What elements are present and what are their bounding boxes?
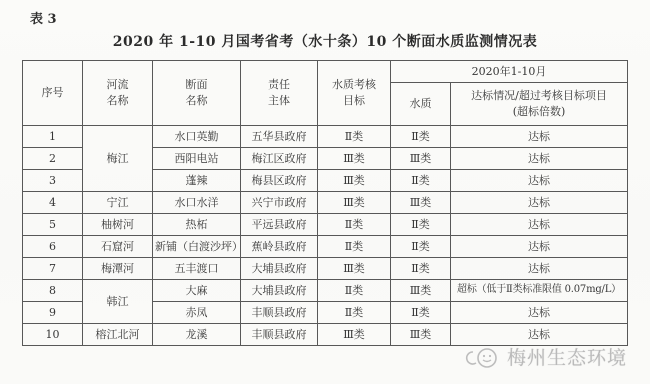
cell-river: 石窟河 [83, 236, 153, 258]
cell-quality: Ⅱ类 [391, 258, 451, 280]
cell-target: Ⅲ类 [318, 258, 391, 280]
cell-quality: Ⅲ类 [391, 280, 451, 302]
cell-target: Ⅱ类 [318, 126, 391, 148]
cell-quality: Ⅱ类 [391, 236, 451, 258]
table-row: 5 柚树河 热柘 平远县政府 Ⅱ类 Ⅱ类 达标 [23, 214, 628, 236]
cell-no: 10 [23, 324, 83, 346]
page-title: 2020 年 1-10 月国考省考（水十条）10 个断面水质监测情况表 [0, 31, 650, 51]
cell-target: Ⅲ类 [318, 170, 391, 192]
cell-quality: Ⅱ类 [391, 302, 451, 324]
cell-target: Ⅱ类 [318, 214, 391, 236]
cell-no: 7 [23, 258, 83, 280]
cell-no: 1 [23, 126, 83, 148]
cell-target: Ⅲ类 [318, 324, 391, 346]
cell-status: 达标 [451, 214, 628, 236]
cell-status: 达标 [451, 148, 628, 170]
cell-target: Ⅱ类 [318, 280, 391, 302]
scanned-document-page: 表 3 2020 年 1-10 月国考省考（水十条）10 个断面水质监测情况表 … [0, 0, 650, 384]
table-row: 7 梅潭河 五丰渡口 大埔县政府 Ⅲ类 Ⅱ类 达标 [23, 258, 628, 280]
cell-river: 梅江 [83, 126, 153, 192]
cell-river: 柚树河 [83, 214, 153, 236]
cell-no: 8 [23, 280, 83, 302]
cell-status: 达标 [451, 170, 628, 192]
cell-status: 超标（低于Ⅱ类标准限值 0.07mg/L） [451, 280, 628, 302]
cell-river: 榕江北河 [83, 324, 153, 346]
cell-status: 达标 [451, 236, 628, 258]
header-row-top: 序号 河流 名称 断面 名称 责任 主体 水质考核 目标 2020年1-10月 [23, 61, 628, 83]
cell-no: 2 [23, 148, 83, 170]
cell-target: Ⅲ类 [318, 148, 391, 170]
cell-responsible: 兴宁市政府 [241, 192, 318, 214]
cell-quality: Ⅲ类 [391, 324, 451, 346]
table-row: 4 宁江 水口水洋 兴宁市政府 Ⅲ类 Ⅲ类 达标 [23, 192, 628, 214]
cell-responsible: 大埔县政府 [241, 258, 318, 280]
header-quality: 水质 [391, 83, 451, 126]
header-section: 断面 名称 [153, 61, 241, 126]
cell-river: 韩江 [83, 280, 153, 324]
cell-responsible: 大埔县政府 [241, 280, 318, 302]
table-row: 8 韩江 大麻 大埔县政府 Ⅱ类 Ⅲ类 超标（低于Ⅱ类标准限值 0.07mg/L… [23, 280, 628, 302]
cell-no: 4 [23, 192, 83, 214]
cell-no: 5 [23, 214, 83, 236]
cell-quality: Ⅲ类 [391, 148, 451, 170]
cell-target: Ⅱ类 [318, 302, 391, 324]
cell-responsible: 丰顺县政府 [241, 324, 318, 346]
cell-status: 达标 [451, 258, 628, 280]
cell-river: 宁江 [83, 192, 153, 214]
cell-quality: Ⅱ类 [391, 126, 451, 148]
cell-responsible: 平远县政府 [241, 214, 318, 236]
cell-status: 达标 [451, 302, 628, 324]
header-river: 河流 名称 [83, 61, 153, 126]
cell-responsible: 蕉岭县政府 [241, 236, 318, 258]
table-row: 6 石窟河 新铺（白渡沙坪） 蕉岭县政府 Ⅱ类 Ⅱ类 达标 [23, 236, 628, 258]
cell-no: 9 [23, 302, 83, 324]
cell-target: Ⅲ类 [318, 192, 391, 214]
header-period: 2020年1-10月 [391, 61, 628, 83]
cell-responsible: 梅县区政府 [241, 170, 318, 192]
cell-responsible: 梅江区政府 [241, 148, 318, 170]
cell-river: 梅潭河 [83, 258, 153, 280]
cell-section: 龙溪 [153, 324, 241, 346]
cell-section: 新铺（白渡沙坪） [153, 236, 241, 258]
watermark-text: 梅州生态环境 [507, 343, 627, 370]
cell-section: 热柘 [153, 214, 241, 236]
water-quality-table: 序号 河流 名称 断面 名称 责任 主体 水质考核 目标 2020年1-10月 … [22, 60, 628, 346]
cell-quality: Ⅱ类 [391, 170, 451, 192]
cell-target: Ⅱ类 [318, 236, 391, 258]
cell-status: 达标 [451, 192, 628, 214]
header-target: 水质考核 目标 [318, 61, 391, 126]
cell-section: 大麻 [153, 280, 241, 302]
cell-responsible: 丰顺县政府 [241, 302, 318, 324]
meizhou-eco-env-logo-icon [463, 345, 503, 369]
cell-section: 蓬辣 [153, 170, 241, 192]
sheet-label: 表 3 [30, 8, 57, 27]
table-row: 1 梅江 水口英勤 五华县政府 Ⅱ类 Ⅱ类 达标 [23, 126, 628, 148]
watermark: 梅州生态环境 [463, 343, 627, 370]
cell-section: 水口水洋 [153, 192, 241, 214]
cell-no: 6 [23, 236, 83, 258]
cell-section: 西阳电站 [153, 148, 241, 170]
header-no: 序号 [23, 61, 83, 126]
cell-section: 水口英勤 [153, 126, 241, 148]
cell-quality: Ⅲ类 [391, 192, 451, 214]
cell-responsible: 五华县政府 [241, 126, 318, 148]
cell-status: 达标 [451, 126, 628, 148]
cell-section: 五丰渡口 [153, 258, 241, 280]
header-responsible: 责任 主体 [241, 61, 318, 126]
header-status: 达标情况/超过考核目标项目 (超标倍数) [451, 83, 628, 126]
cell-section: 赤凤 [153, 302, 241, 324]
cell-no: 3 [23, 170, 83, 192]
cell-quality: Ⅱ类 [391, 214, 451, 236]
